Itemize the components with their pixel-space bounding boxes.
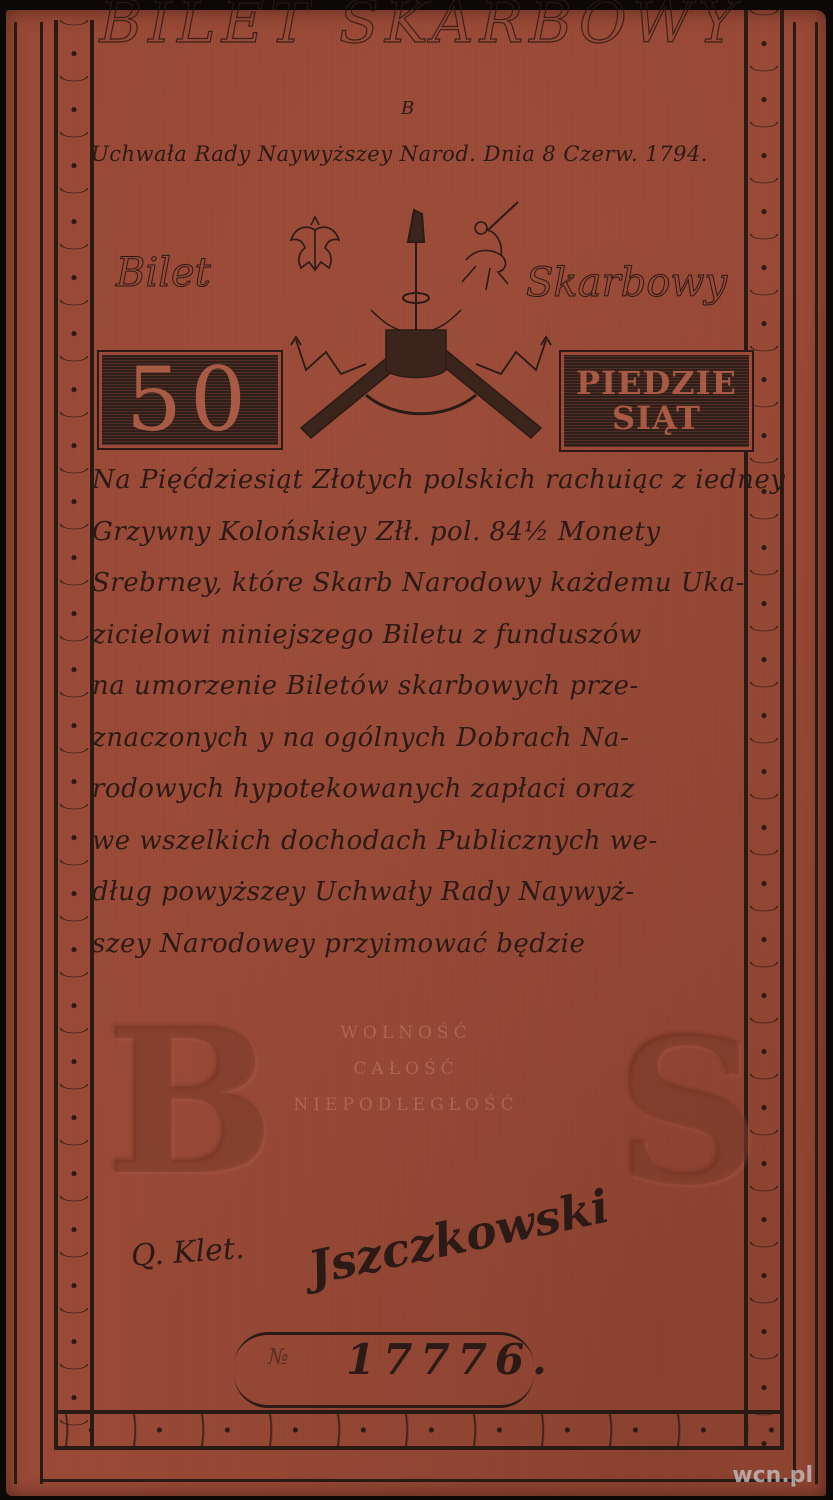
body-line: rodowych hypotekowanych zapłaci oraz: [92, 764, 772, 816]
signature-left: Q. Klet.: [130, 1231, 246, 1274]
serial-number: 17776.: [346, 1335, 555, 1384]
border-outer-right-2: [793, 22, 796, 1484]
signature-right: Jszczkowski: [304, 1179, 614, 1295]
crossed-fasces-icon: [301, 310, 541, 438]
emblem-group: [276, 200, 566, 450]
series-letter: B: [401, 98, 414, 119]
lithuanian-knight-icon: [462, 202, 518, 290]
border-outer-bottom: [40, 1479, 792, 1482]
watermark-line: CAŁOŚĆ: [286, 1051, 526, 1087]
denomination-word-line1: PIEDZIE: [576, 366, 737, 401]
denomination-word-line2: SIĄT: [612, 401, 701, 436]
serial-prefix: №: [268, 1345, 289, 1370]
label-bilet: Bilet: [116, 250, 211, 296]
header-title: BILET SKARBOWY: [96, 0, 746, 56]
resolution-line: Uchwała Rady Naywyższey Narod. Dnia 8 Cz…: [91, 142, 766, 166]
denomination-numeral-box: 50: [99, 352, 281, 448]
body-line: znaczonych y na ogólnych Dobrach Na-: [92, 713, 772, 765]
body-line: zicielowi niniejszego Biletu z funduszów: [92, 610, 772, 662]
credit-watermark: wcn.pl: [732, 1463, 813, 1488]
body-line: na umorzenie Biletów skarbowych prze-: [92, 661, 772, 713]
body-line: szey Narodowey przyimować będzie: [92, 919, 772, 971]
body-text: Na Pięćdziesiąt Złotych polskich rachuią…: [92, 455, 772, 970]
chain-border-left: [54, 20, 94, 1450]
watermark-motto: WOLNOŚĆ CAŁOŚĆ NIEPODLEGŁOŚĆ: [286, 1015, 526, 1123]
watermark-letter-s: S: [616, 995, 760, 1230]
border-outer-left: [14, 22, 17, 1484]
body-line: we wszelkich dochodach Publicznych we-: [92, 816, 772, 868]
body-line: Na Pięćdziesiąt Złotych polskich rachuią…: [92, 455, 772, 507]
body-line: Grzywny Kolońskiey Złł. pol. 84½ Monety: [92, 507, 772, 559]
watermark-line: NIEPODLEGŁOŚĆ: [286, 1087, 526, 1123]
banknote: BILET SKARBOWY B Uchwała Rady Naywyższey…: [6, 10, 826, 1496]
border-outer-right: [815, 22, 818, 1484]
polish-eagle-icon: [291, 217, 339, 270]
body-line: dług powyższey Uchwały Rady Naywyż-: [92, 867, 772, 919]
watermark-letter-b: B: [106, 985, 275, 1220]
watermark-line: WOLNOŚĆ: [286, 1015, 526, 1051]
border-outer-left-2: [40, 22, 43, 1484]
body-line: Srebrney, które Skarb Narodowy każdemu U…: [92, 558, 772, 610]
chain-border-bottom: [54, 1410, 784, 1450]
denomination-word-box: PIEDZIE SIĄT: [561, 352, 752, 450]
denomination-numeral: 50: [126, 356, 254, 444]
